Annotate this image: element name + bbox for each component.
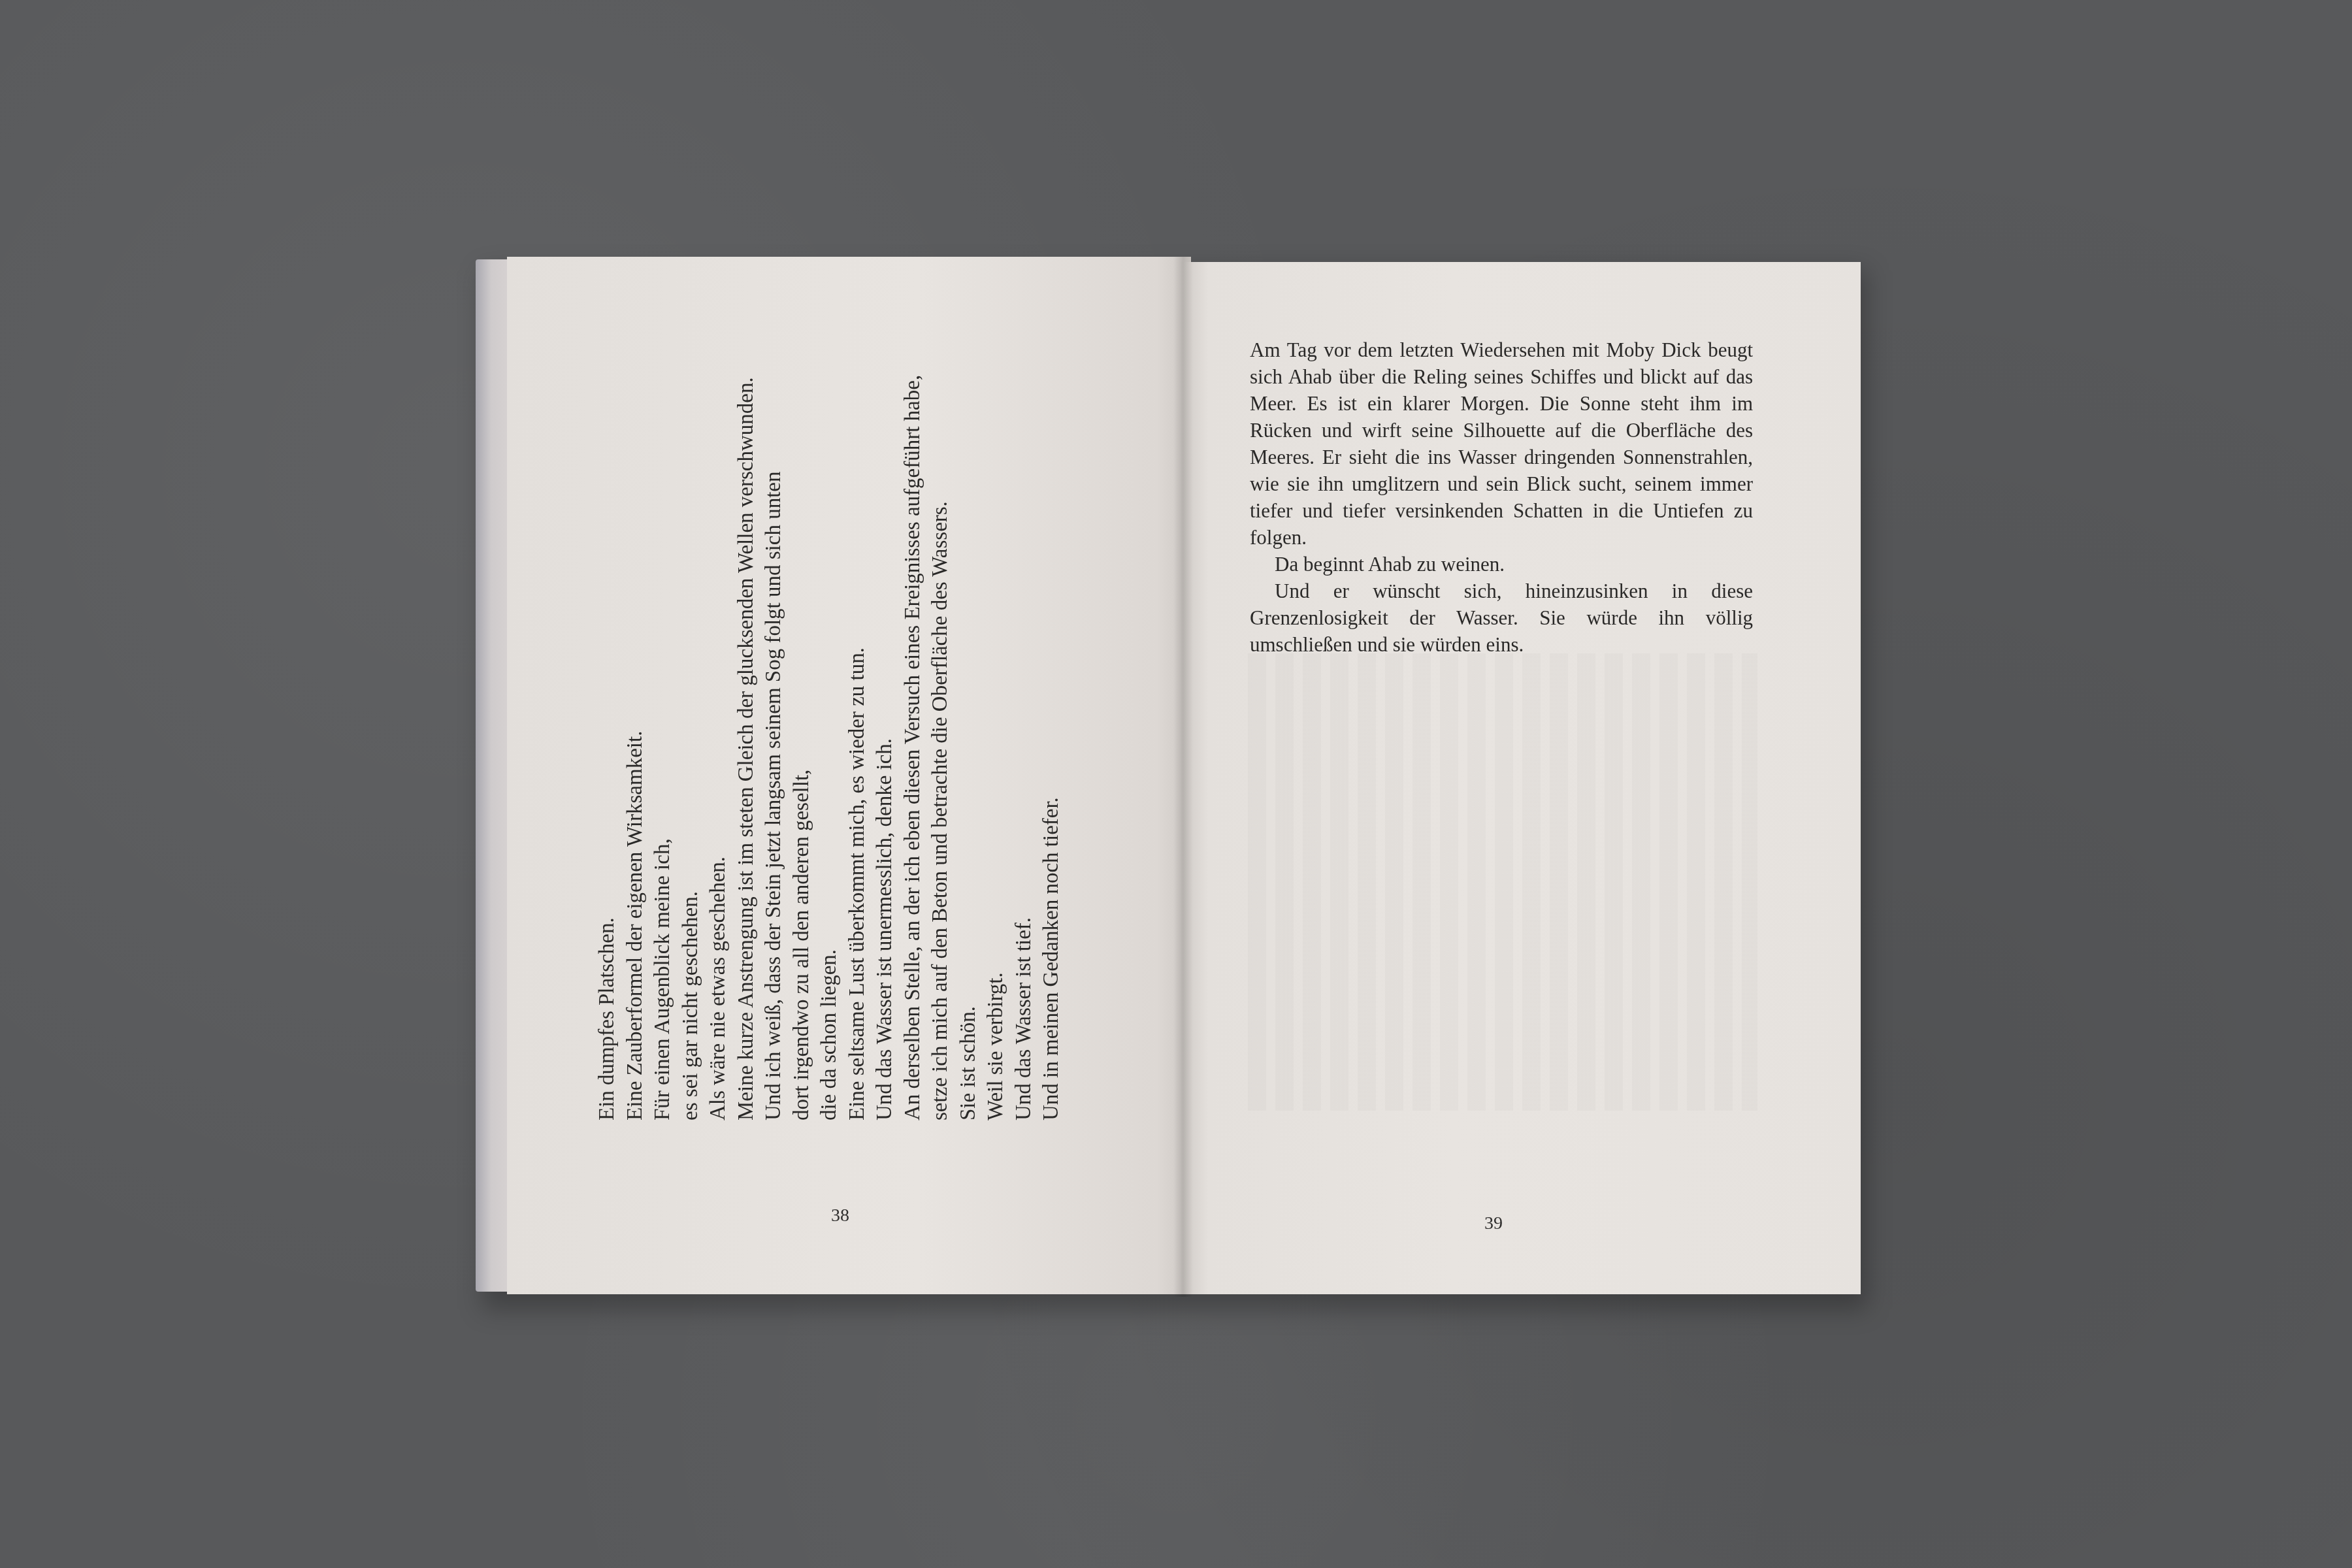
poem-line: die da schon liegen.	[815, 369, 843, 1120]
paragraph: Und er wünscht sich, hineinzusinken in d…	[1250, 578, 1753, 658]
poem-line: dort irgendwo zu all den anderen gesellt…	[788, 369, 816, 1120]
poem-line: Und in meinen Gedanken noch tiefer.	[1037, 369, 1066, 1120]
poem-line: setze ich mich auf den Beton und betrach…	[926, 369, 955, 1120]
paragraph: Am Tag vor dem letzten Wiedersehen mit M…	[1250, 336, 1753, 551]
poem-line: Als wäre nie etwas geschehen.	[704, 369, 732, 1120]
poem-line: Eine Zauberformel der eigenen Wirksamkei…	[621, 369, 649, 1120]
left-page-poem: Ein dumpfes Platschen. Eine Zauberformel…	[593, 369, 1066, 1120]
poem-line: es sei gar nicht geschehen.	[677, 369, 705, 1120]
poem-line: Eine seltsame Lust überkommt mich, es wi…	[843, 369, 872, 1120]
poem-line: Weil sie verbirgt.	[982, 369, 1010, 1120]
poem-line: Meine kurze Anstrengung ist im steten Gl…	[732, 369, 760, 1120]
poem-line: Und das Wasser ist unermesslich, denke i…	[871, 369, 899, 1120]
page-number-left: 38	[831, 1205, 849, 1226]
right-page-prose: Am Tag vor dem letzten Wiedersehen mit M…	[1250, 336, 1753, 658]
book-gutter	[1173, 257, 1193, 1297]
poem-line: Und ich weiß, dass der Stein jetzt langs…	[760, 369, 788, 1120]
page-number-right: 39	[1484, 1213, 1503, 1234]
paragraph: Da beginnt Ahab zu weinen.	[1250, 551, 1753, 578]
poem-line: Und das Wasser ist tief.	[1010, 369, 1038, 1120]
poem-line: Sie ist schön.	[955, 369, 983, 1120]
poem-line: Für einen Augenblick meine ich,	[649, 369, 677, 1120]
show-through-text	[1248, 653, 1757, 1111]
poem-line: Ein dumpfes Platschen.	[593, 369, 621, 1120]
poem-line: An derselben Stelle, an der ich eben die…	[899, 369, 927, 1120]
